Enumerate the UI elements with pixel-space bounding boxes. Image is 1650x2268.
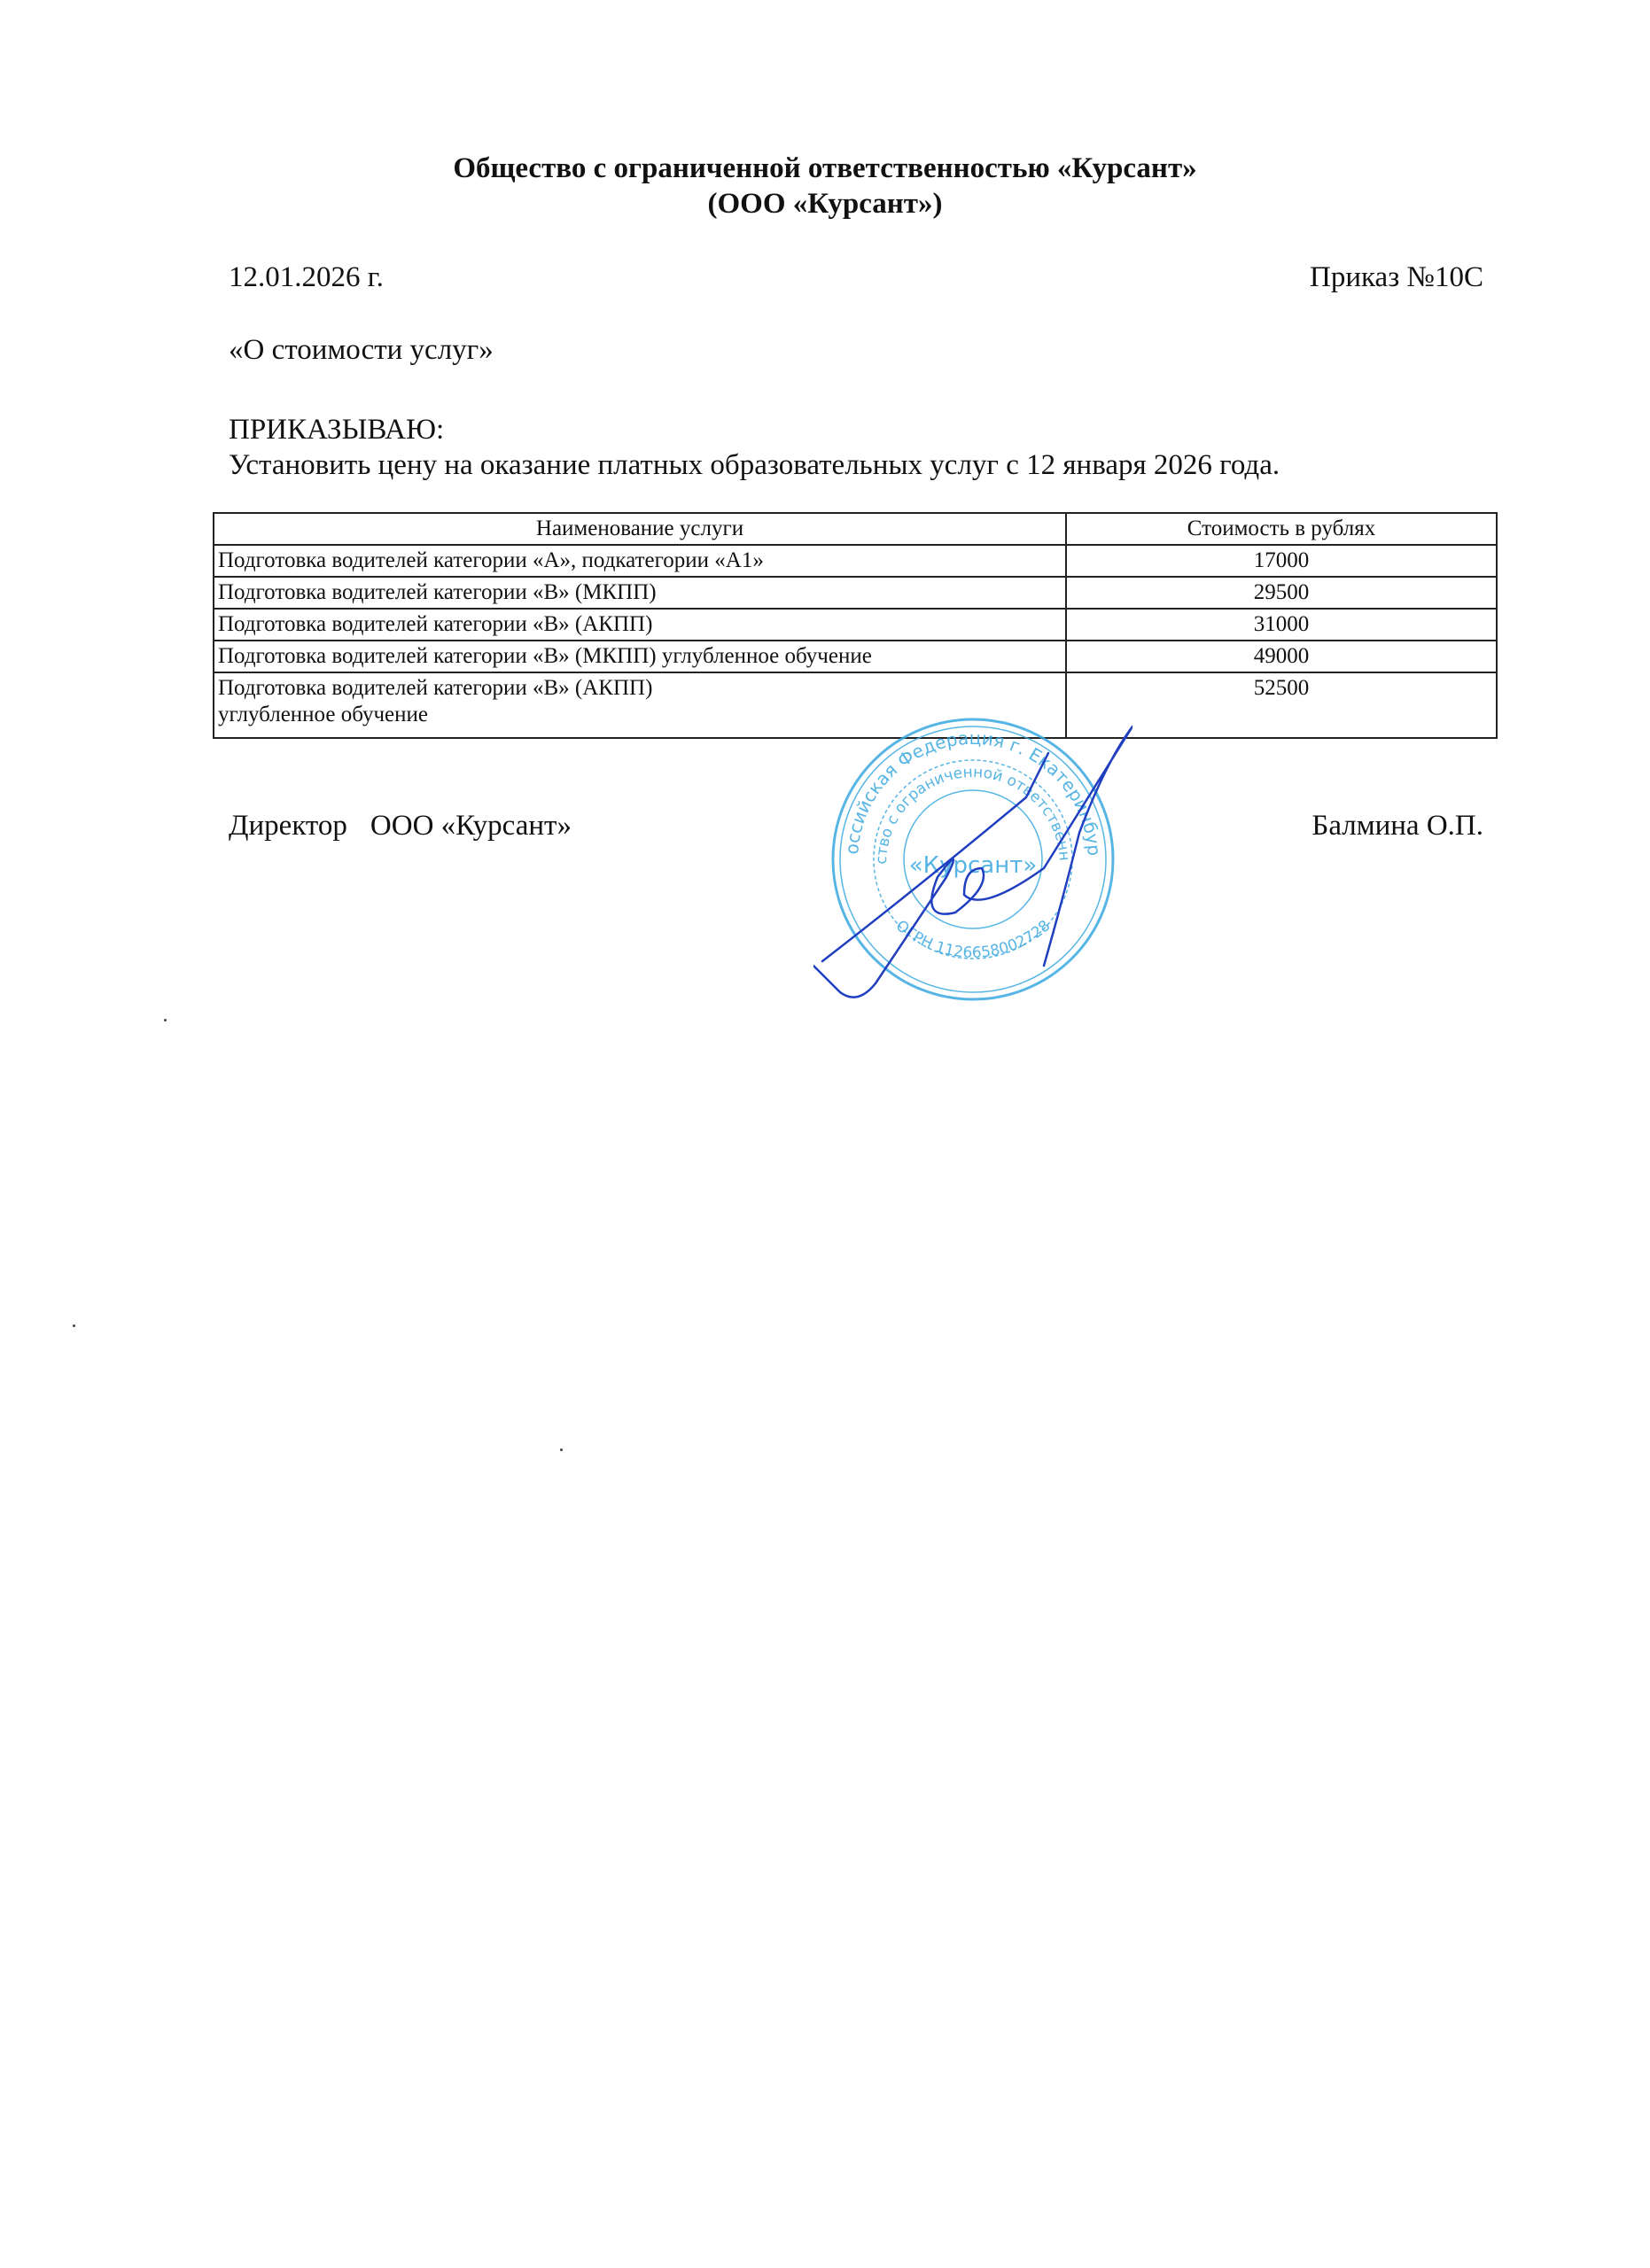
table-row: Подготовка водителей категории «В» (МКПП… — [214, 641, 1497, 672]
table-row: Подготовка водителей категории «А», подк… — [214, 545, 1497, 577]
decree-text: Установить цену на оказание платных обра… — [229, 447, 1280, 483]
signatory-position: ДиректорООО «Курсант» — [229, 808, 572, 843]
service-price: 31000 — [1066, 609, 1497, 641]
position-label: Директор — [229, 810, 347, 842]
scan-speck — [560, 1449, 563, 1451]
column-header-price: Стоимость в рублях — [1066, 513, 1497, 545]
service-name: Подготовка водителей категории «В» (МКПП… — [214, 641, 1066, 672]
service-name: Подготовка водителей категории «В» (МКПП… — [214, 577, 1066, 609]
service-price: 17000 — [1066, 545, 1497, 577]
table-header-row: Наименование услуги Стоимость в рублях — [214, 513, 1497, 545]
service-price: 29500 — [1066, 577, 1497, 609]
scan-speck — [73, 1324, 75, 1327]
svg-text:«Курсант»: «Курсант» — [909, 852, 1038, 879]
service-name-line1: Подготовка водителей категории «В» (АКПП… — [218, 675, 1062, 702]
table-row: Подготовка водителей категории «В» (АКПП… — [214, 609, 1497, 641]
decree-heading: ПРИКАЗЫВАЮ: — [229, 412, 444, 447]
scan-speck — [164, 1019, 167, 1021]
org-full-name: Общество с ограниченной ответственностью… — [0, 151, 1650, 186]
org-short-name: (ООО «Курсант») — [0, 186, 1650, 221]
service-name: Подготовка водителей категории «А», подк… — [214, 545, 1066, 577]
company-stamp-icon: Российская Федерация г. Екатеринбург Общ… — [813, 700, 1132, 1010]
order-number: Приказ №10С — [1310, 260, 1483, 295]
signatory-name: Балмина О.П. — [1311, 808, 1483, 843]
order-date: 12.01.2026 г. — [229, 260, 384, 295]
service-name: Подготовка водителей категории «В» (АКПП… — [214, 609, 1066, 641]
column-header-service: Наименование услуги — [214, 513, 1066, 545]
service-price: 49000 — [1066, 641, 1497, 672]
signatory-org: ООО «Курсант» — [370, 810, 572, 842]
table-row: Подготовка водителей категории «В» (МКПП… — [214, 577, 1497, 609]
order-subject: «О стоимости услуг» — [229, 332, 494, 368]
